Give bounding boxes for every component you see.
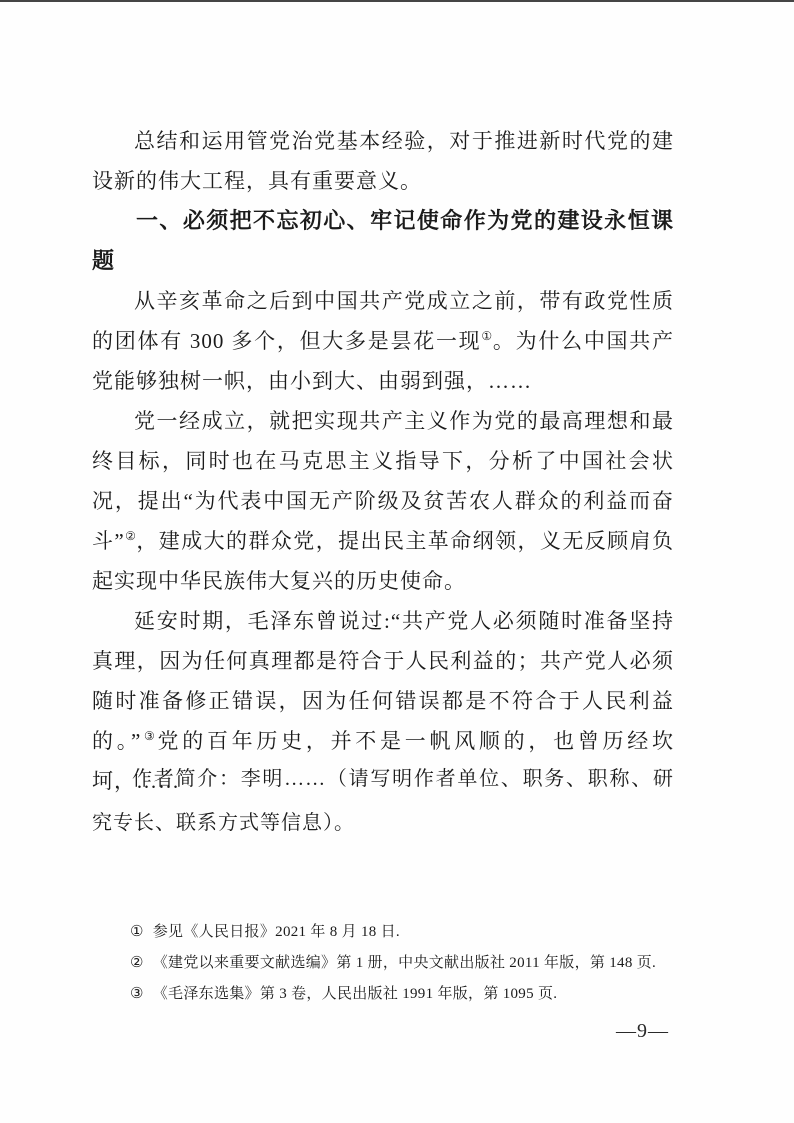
document-page: 总结和运用管党治党基本经验，对于推进新时代党的建设新的伟大工程，具有重要意义。 …: [0, 0, 794, 1123]
footnote-marker: ①: [130, 917, 144, 948]
scan-edge-artifact: [0, 0, 794, 2]
footnote-item-2: ②《建党以来重要文献选编》第 1 册，中央文献出版社 2011 年版，第 148…: [130, 948, 690, 979]
footnote-marker: ②: [130, 948, 144, 979]
section-heading-text: 一、必须把不忘初心、牢记使命作为党的建设永恒课题: [92, 208, 674, 273]
footnote-marker: ③: [130, 979, 144, 1010]
paragraph-text: ，建成大的群众党，提出民主革命纲领，义无反顾肩负起实现中华民族伟大复兴的历史使命…: [92, 529, 674, 593]
footnotes-section: ①参见《人民日报》2021 年 8 月 18 日. ②《建党以来重要文献选编》第…: [130, 917, 690, 1010]
footnote-text: 参见《人民日报》2021 年 8 月 18 日.: [153, 924, 400, 940]
page-number: —9—: [616, 1020, 669, 1043]
footnote-ref-3: ③: [141, 729, 157, 743]
paragraph-party-ideals: 党一经成立，就把实现共产主义作为党的最高理想和最终目标，同时也在马克思主义指导下…: [92, 401, 674, 601]
article-body: 总结和运用管党治党基本经验，对于推进新时代党的建设新的伟大工程，具有重要意义。 …: [92, 121, 674, 801]
author-bio-text: 作者简介：李明……（请写明作者单位、职务、职称、研究专长、联系方式等信息）。: [92, 768, 674, 834]
footnote-item-3: ③《毛泽东选集》第 3 卷，人民出版社 1991 年版，第 1095 页.: [130, 979, 690, 1010]
author-bio: 作者简介：李明……（请写明作者单位、职务、职称、研究专长、联系方式等信息）。: [92, 757, 674, 845]
footnote-item-1: ①参见《人民日报》2021 年 8 月 18 日.: [130, 917, 690, 948]
paragraph-party-founding-background: 从辛亥革命之后到中国共产党成立之前，带有政党性质的团体有 300 多个，但大多是…: [92, 281, 674, 401]
footnote-text: 《毛泽东选集》第 3 卷，人民出版社 1991 年版，第 1095 页.: [153, 986, 558, 1002]
section-heading: 一、必须把不忘初心、牢记使命作为党的建设永恒课题: [92, 201, 674, 281]
paragraph-intro: 总结和运用管党治党基本经验，对于推进新时代党的建设新的伟大工程，具有重要意义。: [92, 121, 674, 201]
footnote-text: 《建党以来重要文献选编》第 1 册，中央文献出版社 2011 年版，第 148 …: [153, 955, 656, 971]
paragraph-intro-text: 总结和运用管党治党基本经验，对于推进新时代党的建设新的伟大工程，具有重要意义。: [92, 129, 674, 193]
footnote-ref-2: ②: [125, 529, 137, 543]
footnote-ref-1: ①: [481, 329, 493, 343]
